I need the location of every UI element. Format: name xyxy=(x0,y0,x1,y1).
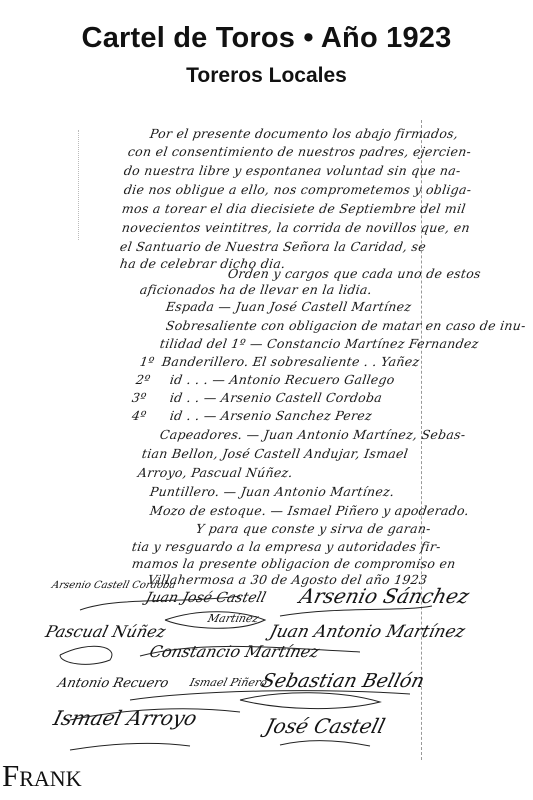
brand-initial: F xyxy=(2,758,19,793)
signature-flourishes xyxy=(0,0,533,800)
brand-logo: FRANK xyxy=(2,760,82,791)
brand-rest: RANK xyxy=(19,766,81,791)
